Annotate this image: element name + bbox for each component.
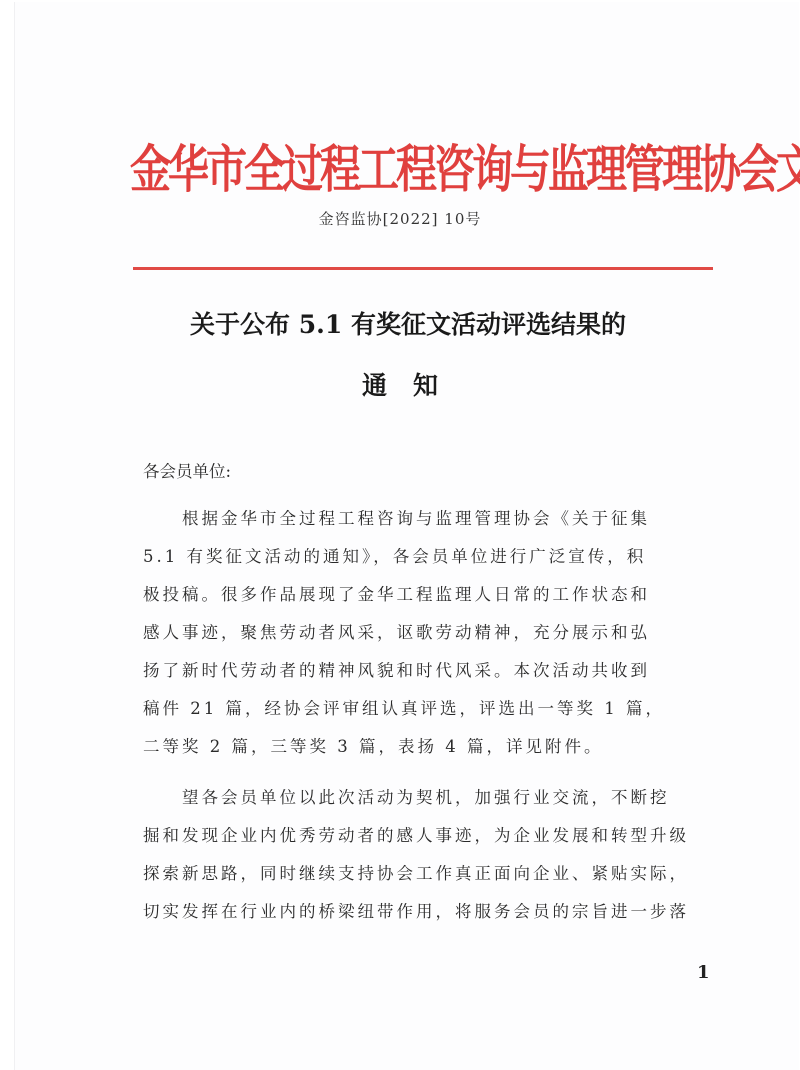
text-line: 感人事迹，聚焦劳动者风采，讴歌劳动精神，充分展示和弘 xyxy=(143,614,703,652)
text-line: 稿件 21 篇，经协会评审组认真评选，评选出一等奖 1 篇， xyxy=(143,690,703,728)
text-line: 探索新思路，同时继续支持协会工作真正面向企业、紧贴实际， xyxy=(143,855,703,893)
notice-title-line1: 关于公布 5.1 有奖征文活动评选结果的 xyxy=(8,305,800,341)
paragraph-1: 根据金华市全过程工程咨询与监理管理协会《关于征集 5.1 有奖征文活动的通知》，… xyxy=(143,500,703,766)
notice-title-line2: 通知 xyxy=(13,366,800,402)
text-line: 二等奖 2 篇，三等奖 3 篇，表扬 4 篇，详见附件。 xyxy=(143,728,703,766)
text-line: 切实发挥在行业内的桥梁纽带作用，将服务会员的宗旨进一步落 xyxy=(143,893,703,931)
text-line: 5.1 有奖征文活动的通知》，各会员单位进行广泛宣传，积 xyxy=(143,538,703,576)
text-line: 扬了新时代劳动者的精神风貌和时代风采。本次活动共收到 xyxy=(143,652,703,690)
text-line: 望各会员单位以此次活动为契机，加强行业交流，不断挖 xyxy=(143,779,703,817)
page-number: 1 xyxy=(697,962,710,983)
document-number: 金咨监协[2022] 10号 xyxy=(0,208,800,229)
text-line: 根据金华市全过程工程咨询与监理管理协会《关于征集 xyxy=(143,500,703,538)
text-line: 极投稿。很多作品展现了金华工程监理人日常的工作状态和 xyxy=(143,576,703,614)
text-line: 掘和发现企业内优秀劳动者的感人事迹，为企业发展和转型升级 xyxy=(143,817,703,855)
org-header-title: 金华市全过程工程咨询与监理管理协会文件 xyxy=(130,128,720,202)
red-divider xyxy=(133,267,713,270)
salutation: 各会员单位: xyxy=(143,458,231,482)
paragraph-2: 望各会员单位以此次活动为契机，加强行业交流，不断挖 掘和发现企业内优秀劳动者的感… xyxy=(143,779,703,931)
